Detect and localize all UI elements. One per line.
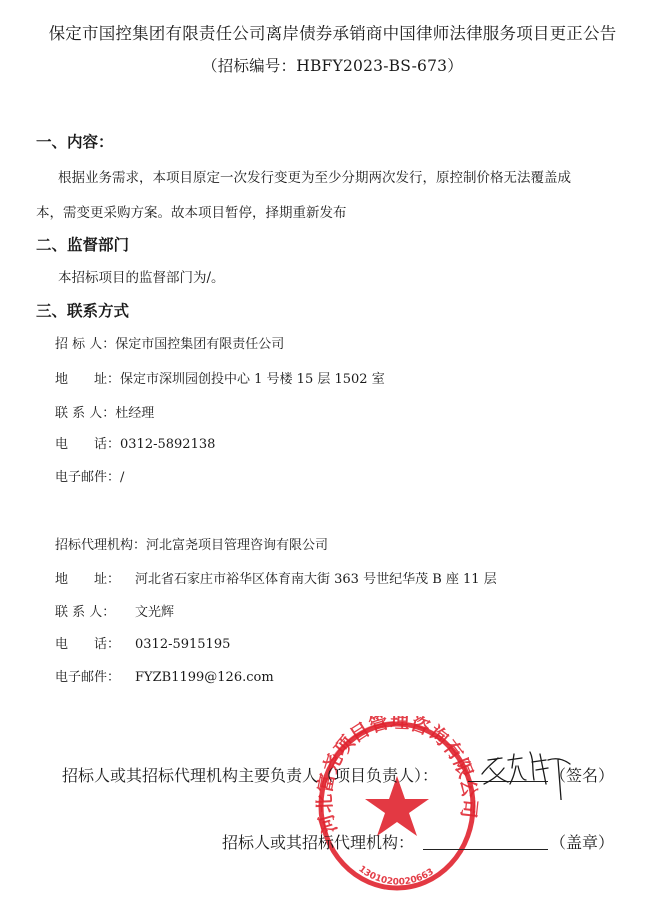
tender-number: （招标编号：HBFY2023-BS-673） — [0, 54, 665, 76]
content-paragraph-line1: 根据业务需求，本项目原定一次发行变更为至少分期两次发行，原控制价格无法覆盖成 — [58, 166, 571, 186]
agency-address-row: 地 址：河北省石家庄市裕华区体育南大街 363 号世纪华茂 B 座 11 层 — [55, 568, 497, 587]
agency-email: FYZB1199@126.com — [135, 670, 274, 685]
tenderer-contact: 杜经理 — [115, 406, 154, 421]
tenderer-address: 保定市深圳园创投中心 1 号楼 15 层 1502 室 — [120, 372, 385, 387]
tenderer-contact-label: 联 系 人： — [55, 402, 115, 421]
tenderer-email-row: 电子邮件：/ — [55, 466, 124, 485]
responsible-person-label: 招标人或其招标代理机构主要负责人（项目负责人）： — [62, 763, 438, 786]
handwritten-signature — [474, 740, 584, 800]
tenderer-email: / — [120, 470, 124, 485]
agency-contact-row: 联 系 人：文光辉 — [55, 601, 174, 620]
tenderer-phone: 0312-5892138 — [120, 437, 215, 452]
agency-email-label: 电子邮件： — [55, 666, 135, 685]
tenderer-phone-label: 电 话： — [55, 433, 120, 452]
supervision-paragraph: 本招标项目的监督部门为/。 — [58, 266, 225, 286]
tenderer-address-row: 地 址：保定市深圳园创投中心 1 号楼 15 层 1502 室 — [55, 368, 385, 387]
agency-address-label: 地 址： — [55, 568, 135, 587]
agency-email-row: 电子邮件：FYZB1199@126.com — [55, 666, 274, 685]
tenderer-address-label: 地 址： — [55, 368, 120, 387]
seal-line — [423, 849, 548, 850]
tenderer-contact-row: 联 系 人：杜经理 — [55, 402, 154, 421]
agency-name-row: 招标代理机构：河北富尧项目管理咨询有限公司 — [55, 534, 328, 553]
section-heading-contact: 三、联系方式 — [36, 299, 129, 321]
agency-name-label: 招标代理机构： — [55, 534, 146, 553]
agency-phone: 0312-5915195 — [135, 637, 230, 652]
tenderer-email-label: 电子邮件： — [55, 466, 120, 485]
agency-phone-label: 电 话： — [55, 633, 135, 652]
company-seal-stamp: 河北富尧项目管理咨询有限公司 1301020020663 — [314, 716, 480, 892]
agency-contact: 文光辉 — [135, 605, 174, 620]
agency-name: 河北富尧项目管理咨询有限公司 — [146, 538, 328, 553]
agency-contact-label: 联 系 人： — [55, 601, 135, 620]
section-heading-content: 一、内容： — [36, 130, 114, 152]
tenderer-name-label: 招 标 人： — [55, 333, 115, 352]
tenderer-name-row: 招 标 人：保定市国控集团有限责任公司 — [55, 333, 284, 352]
section-heading-supervision: 二、监督部门 — [36, 233, 129, 255]
tenderer-name: 保定市国控集团有限责任公司 — [115, 337, 284, 352]
agency-address: 河北省石家庄市裕华区体育南大街 363 号世纪华茂 B 座 11 层 — [135, 572, 497, 587]
content-paragraph-line2: 本，需变更采购方案。故本项目暂停，择期重新发布 — [36, 201, 347, 221]
seal-organization-label: 招标人或其招标代理机构： — [222, 830, 414, 853]
agency-phone-row: 电 话：0312-5915195 — [55, 633, 230, 652]
seal-suffix: （盖章） — [550, 830, 614, 853]
tenderer-phone-row: 电 话：0312-5892138 — [55, 433, 215, 452]
document-title: 保定市国控集团有限责任公司离岸债券承销商中国律师法律服务项目更正公告 — [0, 20, 665, 44]
